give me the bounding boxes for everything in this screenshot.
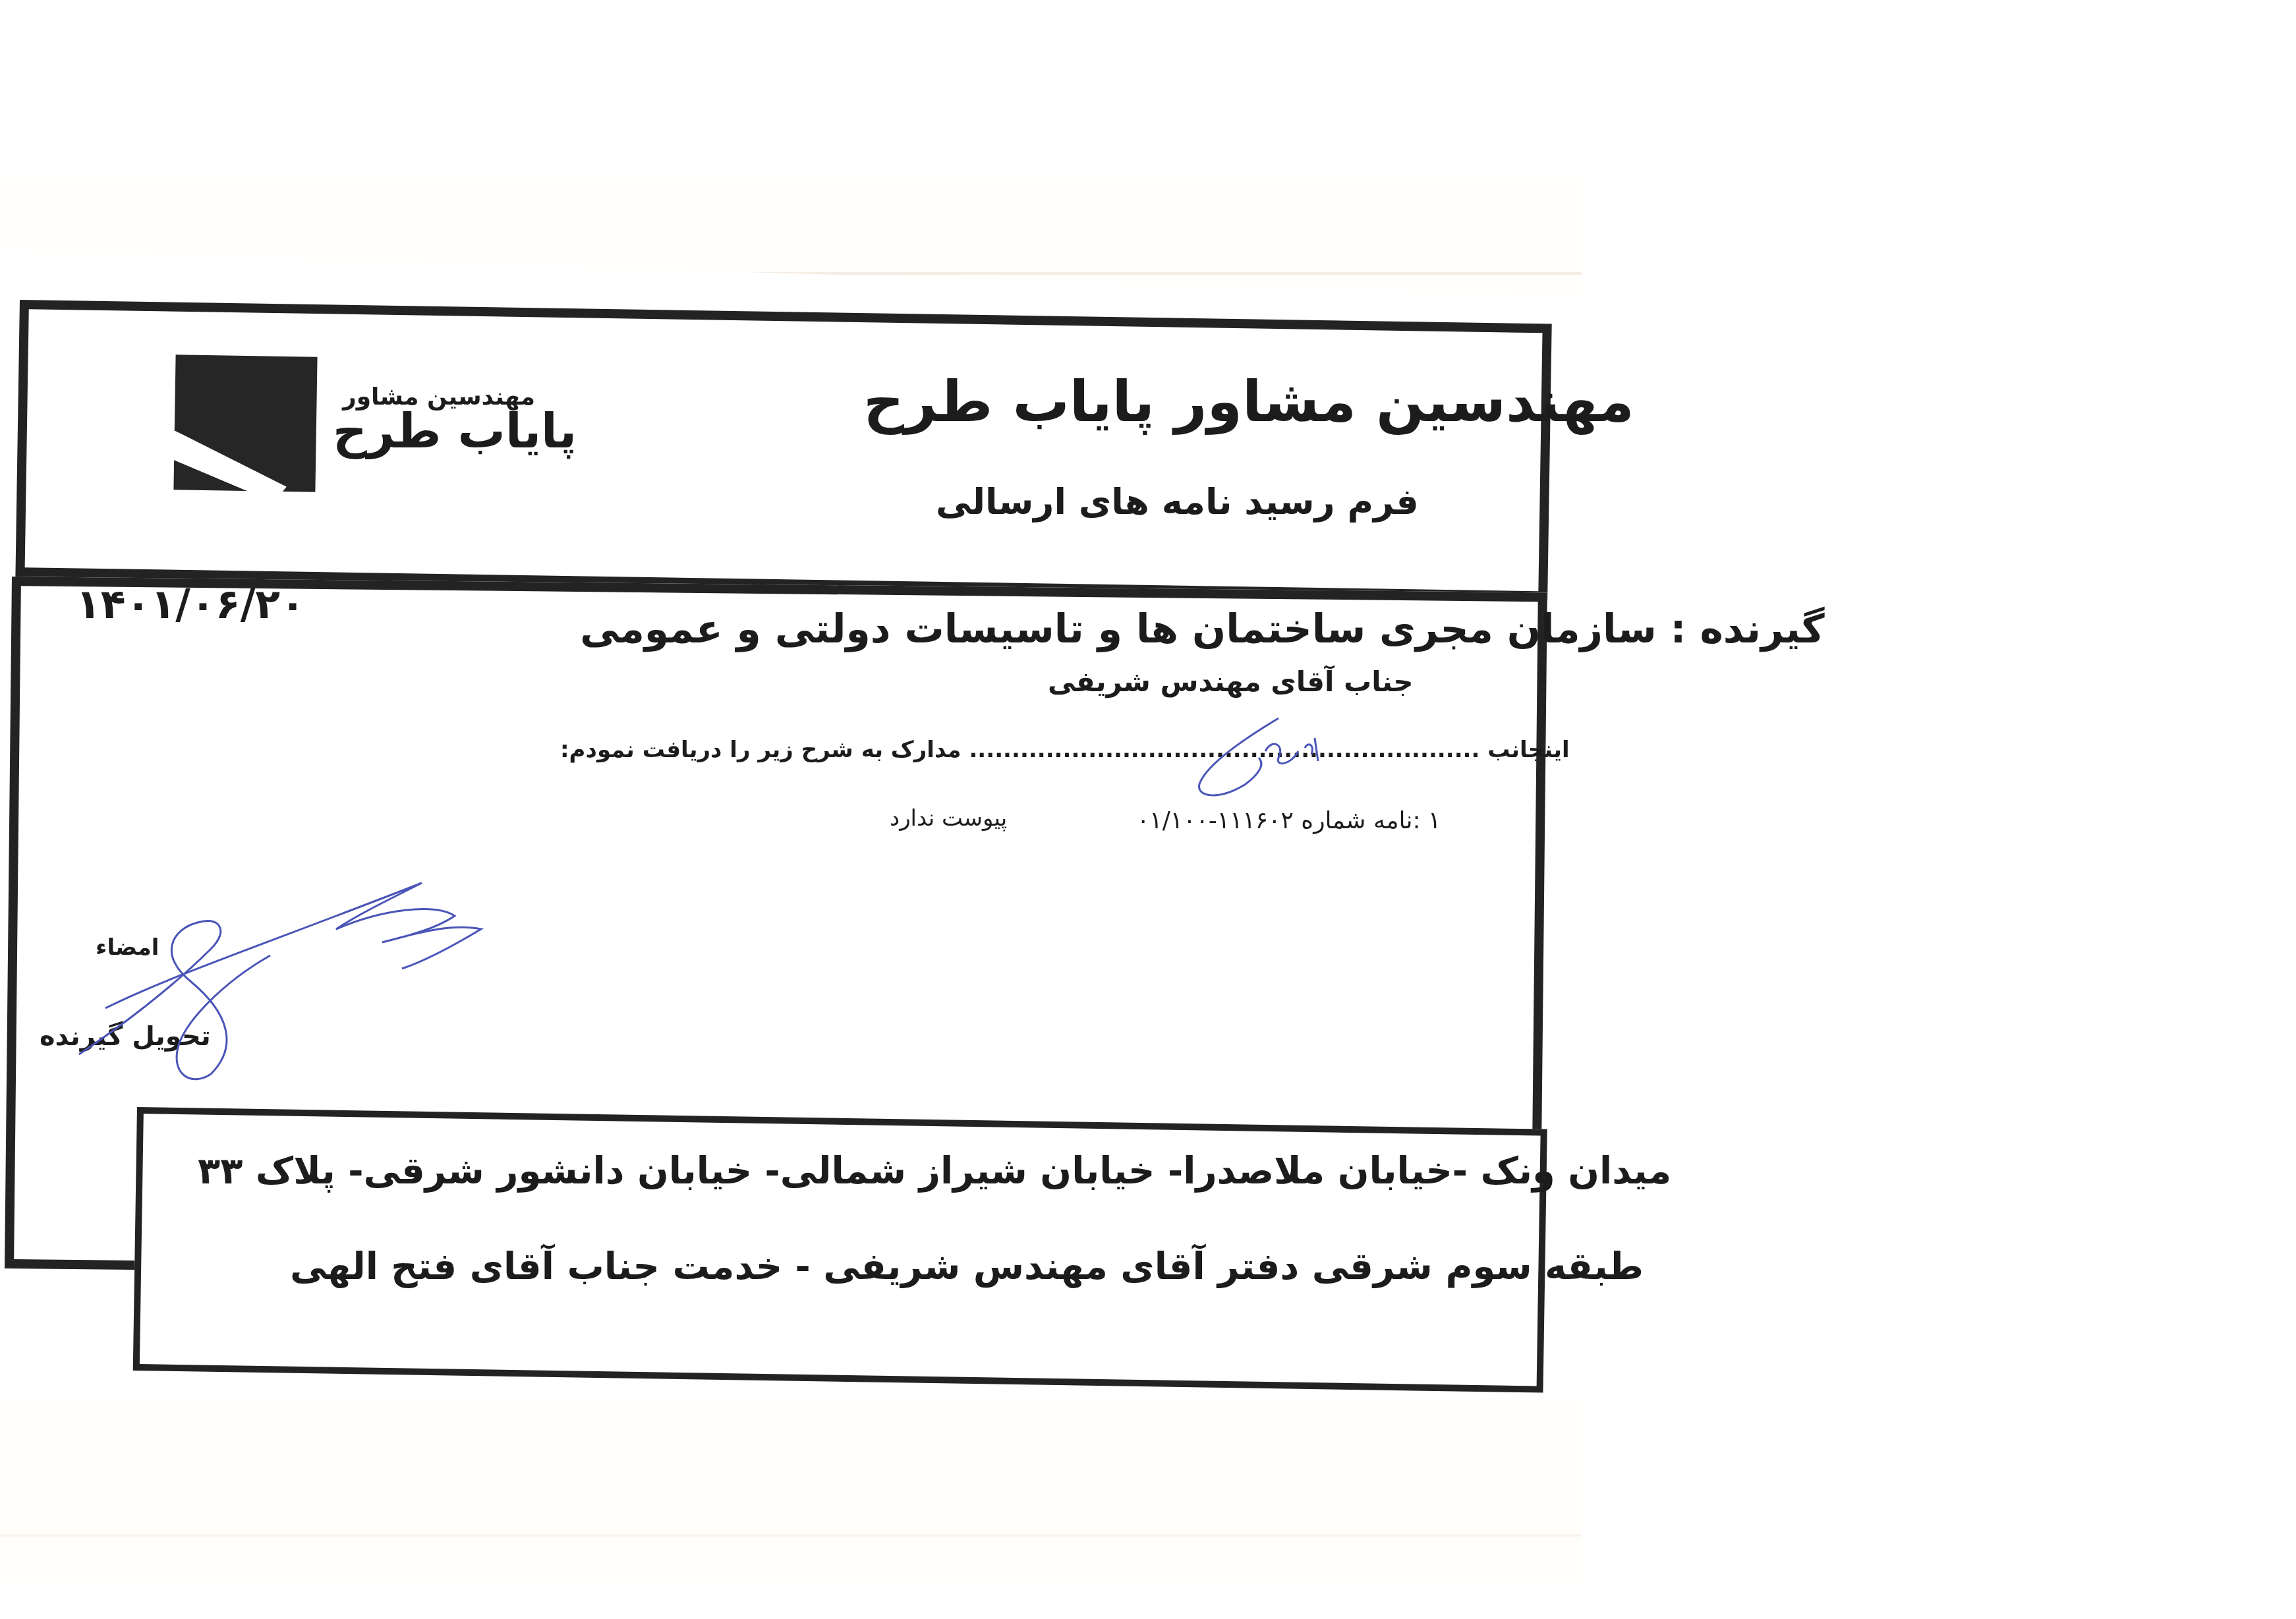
date: ۱۴۰۱/۰۶/۲۰ — [76, 580, 305, 628]
receiver-signature-icon — [40, 876, 501, 1087]
inline-signature-icon — [1166, 712, 1364, 804]
logo-text-line2: پایاب طرح — [333, 403, 577, 459]
page-title: مهندسین مشاور پایاب طرح — [863, 369, 1634, 435]
address-line-2: طبقه سوم شرقی دفتر آقای مهندس شریفی - خد… — [290, 1245, 1644, 1288]
form-subtitle: فرم رسید نامه های ارسالی — [936, 481, 1419, 523]
paper-fold-line — [0, 1534, 1582, 1537]
company-logo-icon — [173, 355, 317, 492]
acknowledgement-line: اینجانب ................................… — [560, 737, 1570, 763]
recipient-person: جناب آقای مهندس شریفی — [1048, 666, 1413, 698]
recipient-organization: گیرنده : سازمان مجری ساختمان ها و تاسیسا… — [580, 606, 1825, 652]
item-attachment-status: پیوست ندارد — [890, 805, 1007, 832]
address-line-1: میدان ونک -خیابان ملاصدرا- خیابان شیراز … — [198, 1150, 1671, 1193]
item-letter-number: ۱ :نامه شماره ۱۱۱۶۰۲-۰۱/۱۰۰ — [1137, 807, 1441, 834]
